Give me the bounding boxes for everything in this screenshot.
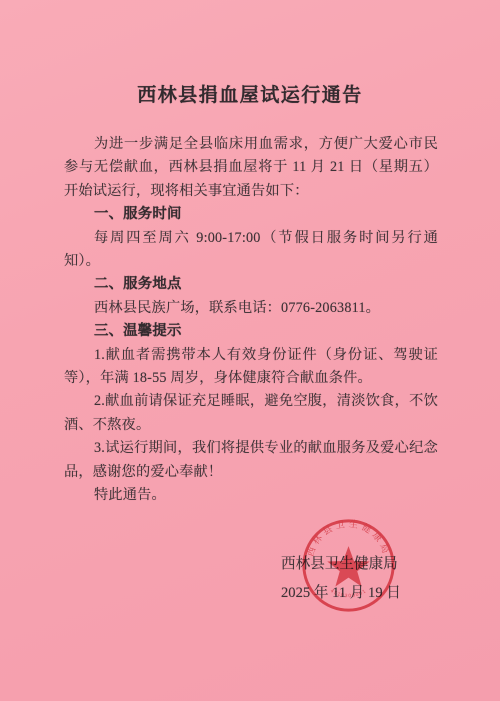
intro-paragraph: 为进一步满足全县临床用血需求，方便广大爱心市民参与无偿献血，西林县捐血屋将于 1…	[64, 133, 438, 203]
tip-item-1: 1.献血者需携带本人有效身份证件（身份证、驾驶证等），年满 18-55 周岁，身…	[64, 344, 438, 391]
section-1-body: 每周四至周六 9:00-17:00（节假日服务时间另行通知）。	[64, 227, 438, 274]
section-2-body: 西林县民族广场，联系电话：0776-2063811。	[64, 297, 438, 320]
notice-paper: 西林县捐血屋试运行通告 为进一步满足全县临床用血需求，方便广大爱心市民参与无偿献…	[0, 0, 500, 701]
official-seal: 西林县卫生健康局 4510300001	[300, 517, 397, 614]
closing-line: 特此通告。	[64, 484, 438, 507]
section-3-heading: 三、温馨提示	[64, 320, 438, 343]
notice-title: 西林县捐血屋试运行通告	[0, 80, 500, 107]
tip-item-3: 3.试运行期间，我们将提供专业的献血服务及爱心纪念品，感谢您的爱心奉献！	[64, 437, 438, 484]
tip-item-2: 2.献血前请保证充足睡眠，避免空腹，清淡饮食，不饮酒、不熬夜。	[64, 390, 438, 437]
section-2-heading: 二、服务地点	[64, 273, 438, 296]
section-1-heading: 一、服务时间	[64, 203, 438, 226]
seal-code-text: 4510300001	[329, 588, 368, 599]
notice-body: 为进一步满足全县临床用血需求，方便广大爱心市民参与无偿献血，西林县捐血屋将于 1…	[64, 133, 438, 508]
svg-text:4510300001: 4510300001	[329, 588, 368, 599]
star-icon	[327, 546, 369, 586]
